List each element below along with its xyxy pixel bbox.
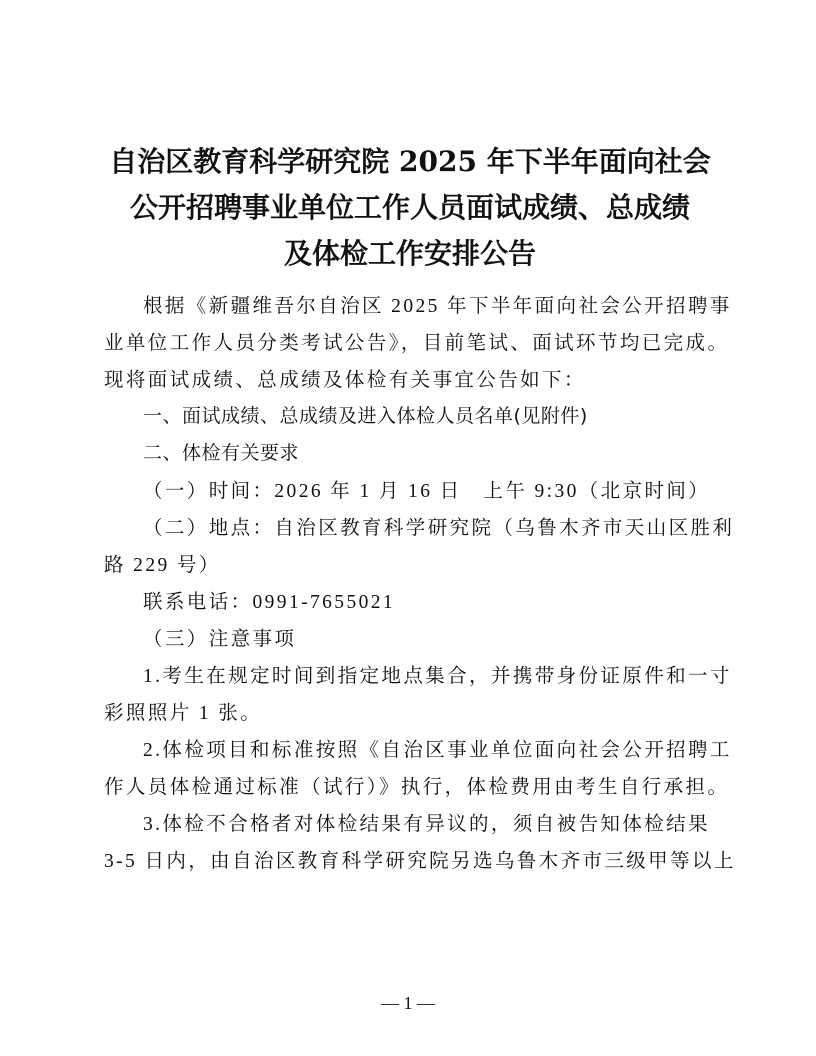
section-1-heading: 一、面试成绩、总成绩及进入体检人员名单(见附件) [143,401,588,428]
title-line-3: 及体检工作安排公告 [100,231,720,277]
note-3-line-2: 3-5 日内，由自治区教育科学研究院另选乌鲁木齐市三级甲等以上 [104,845,736,873]
title-line-1: 自治区教育科学研究院 2025 年下半年面向社会 [100,139,720,185]
document-title: 自治区教育科学研究院 2025 年下半年面向社会 公开招聘事业单位工作人员面试成… [100,139,720,277]
note-2-line-1: 2.体检项目和标准按照《自治区事业单位面向社会公开招聘工 [143,734,732,762]
note-1-line-1: 1.考生在规定时间到指定地点集合，并携带身份证原件和一寸 [143,660,732,688]
note-1-line-2: 彩照照片 1 张。 [104,697,262,725]
intro-line-3: 现将面试成绩、总成绩及体检有关事宜公告如下： [104,364,586,392]
time-line: （一）时间：2026 年 1 月 16 日 上午 9:30（北京时间） [143,475,710,503]
title-line-2: 公开招聘事业单位工作人员面试成绩、总成绩 [100,185,720,231]
location-line-2: 路 229 号） [104,549,221,577]
contact-phone: 联系电话：0991-7655021 [143,586,395,614]
intro-line-1: 根据《新疆维吾尔自治区 2025 年下半年面向社会公开招聘事 [143,290,732,318]
section-2-heading: 二、体检有关要求 [143,438,299,465]
page-number: — 1 — [0,993,816,1014]
location-line-1: （二）地点：自治区教育科学研究院（乌鲁木齐市天山区胜利 [143,512,734,540]
note-3-line-1: 3.体检不合格者对体检结果有异议的，须自被告知体检结果 [143,808,710,836]
notes-heading: （三）注意事项 [143,623,296,651]
note-2-line-2: 作人员体检通过标准（试行）》执行，体检费用由考生自行承担。 [104,771,729,799]
document-page: 自治区教育科学研究院 2025 年下半年面向社会 公开招聘事业单位工作人员面试成… [0,0,816,1056]
intro-line-2: 业单位工作人员分类考试公告》，目前笔试、面试环节均已完成。 [104,327,729,355]
